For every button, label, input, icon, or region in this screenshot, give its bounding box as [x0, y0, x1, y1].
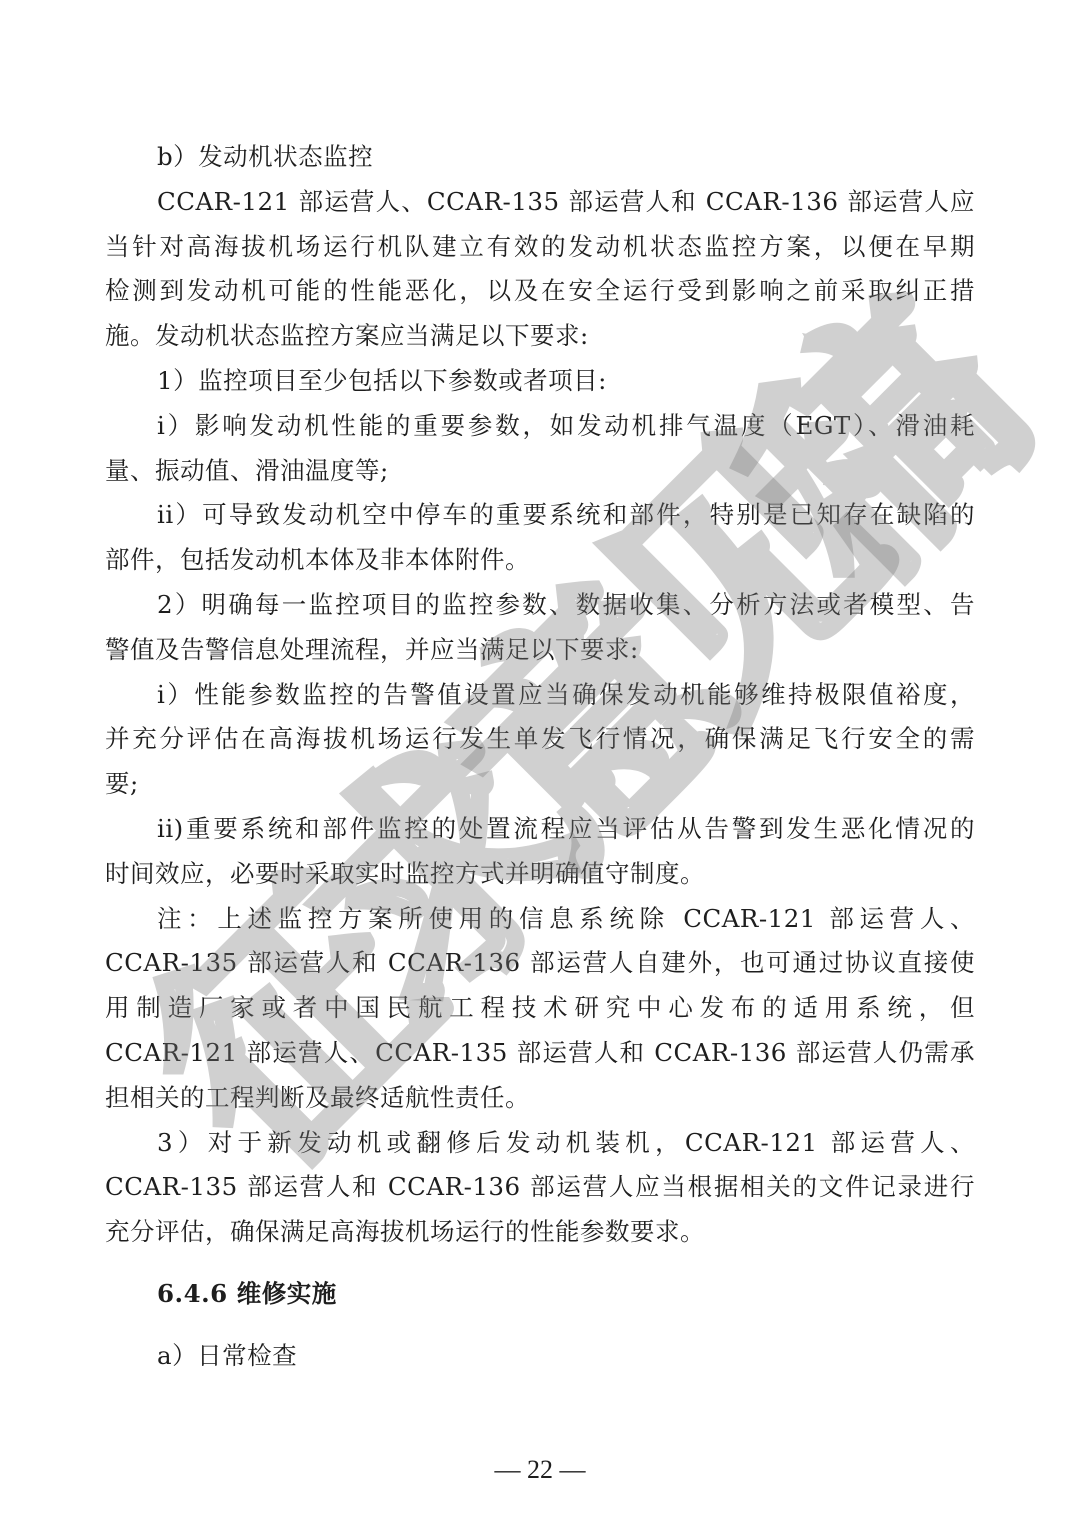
text-line: ii）可导致发动机空中停车的重要系统和部件，特别是已知存在缺陷的 — [105, 493, 975, 538]
text-line: CCAR-135 部运营人和 CCAR-136 部运营人自建外，也可通过协议直接… — [105, 941, 975, 986]
text-line: 充分评估，确保满足高海拔机场运行的性能参数要求。 — [105, 1210, 975, 1255]
text-line: 检测到发动机可能的性能恶化，以及在安全运行受到影响之前采取纠正措 — [105, 269, 975, 314]
text-line: 量、振动值、滑油温度等; — [105, 449, 975, 494]
text-line: 3）对于新发动机或翻修后发动机装机，CCAR-121 部运营人、 — [105, 1121, 975, 1166]
text-line: i）性能参数监控的告警值设置应当确保发动机能够维持极限值裕度， — [105, 673, 975, 718]
text-line: CCAR-135 部运营人和 CCAR-136 部运营人应当根据相关的文件记录进… — [105, 1165, 975, 1210]
text-line: 要; — [105, 762, 975, 807]
text-line: 并充分评估在高海拔机场运行发生单发飞行情况，确保满足飞行安全的需 — [105, 717, 975, 762]
paragraph-lines: b）发动机状态监控CCAR-121 部运营人、CCAR-135 部运营人和 CC… — [105, 135, 975, 1255]
text-line: CCAR-121 部运营人、CCAR-135 部运营人和 CCAR-136 部运… — [105, 1031, 975, 1076]
text-line: 1）监控项目至少包括以下参数或者项目: — [105, 359, 975, 404]
text-line: 部件，包括发动机本体及非本体附件。 — [105, 538, 975, 583]
text-line: 2）明确每一监控项目的监控参数、数据收集、分析方法或者模型、告 — [105, 583, 975, 628]
text-line: 用制造厂家或者中国民航工程技术研究中心发布的适用系统，但 — [105, 986, 975, 1031]
text-line: 施。发动机状态监控方案应当满足以下要求: — [105, 314, 975, 359]
text-line: ii)重要系统和部件监控的处置流程应当评估从告警到发生恶化情况的 — [105, 807, 975, 852]
text-line: 警值及告警信息处理流程，并应当满足以下要求: — [105, 628, 975, 673]
text-line: b）发动机状态监控 — [105, 135, 975, 180]
text-line: 时间效应，必要时采取实时监控方式并明确值守制度。 — [105, 852, 975, 897]
text-line: 当针对高海拔机场运行机队建立有效的发动机状态监控方案，以便在早期 — [105, 225, 975, 270]
page-number: — 22 — — [0, 1455, 1080, 1485]
spacer — [105, 1317, 975, 1334]
document-body: b）发动机状态监控CCAR-121 部运营人、CCAR-135 部运营人和 CC… — [105, 135, 975, 1379]
text-line: CCAR-121 部运营人、CCAR-135 部运营人和 CCAR-136 部运… — [105, 180, 975, 225]
text-line: 担相关的工程判断及最终适航性责任。 — [105, 1076, 975, 1121]
section-heading: 6.4.6 维修实施 — [105, 1272, 975, 1317]
text-line: i）影响发动机性能的重要参数，如发动机排气温度（EGT）、滑油耗 — [105, 404, 975, 449]
sub-item-daily-inspection: a）日常检查 — [105, 1334, 975, 1379]
spacer — [105, 1255, 975, 1272]
document-page: b）发动机状态监控CCAR-121 部运营人、CCAR-135 部运营人和 CC… — [0, 0, 1080, 1527]
text-line: 注：上述监控方案所使用的信息系统除 CCAR-121 部运营人、 — [105, 897, 975, 942]
